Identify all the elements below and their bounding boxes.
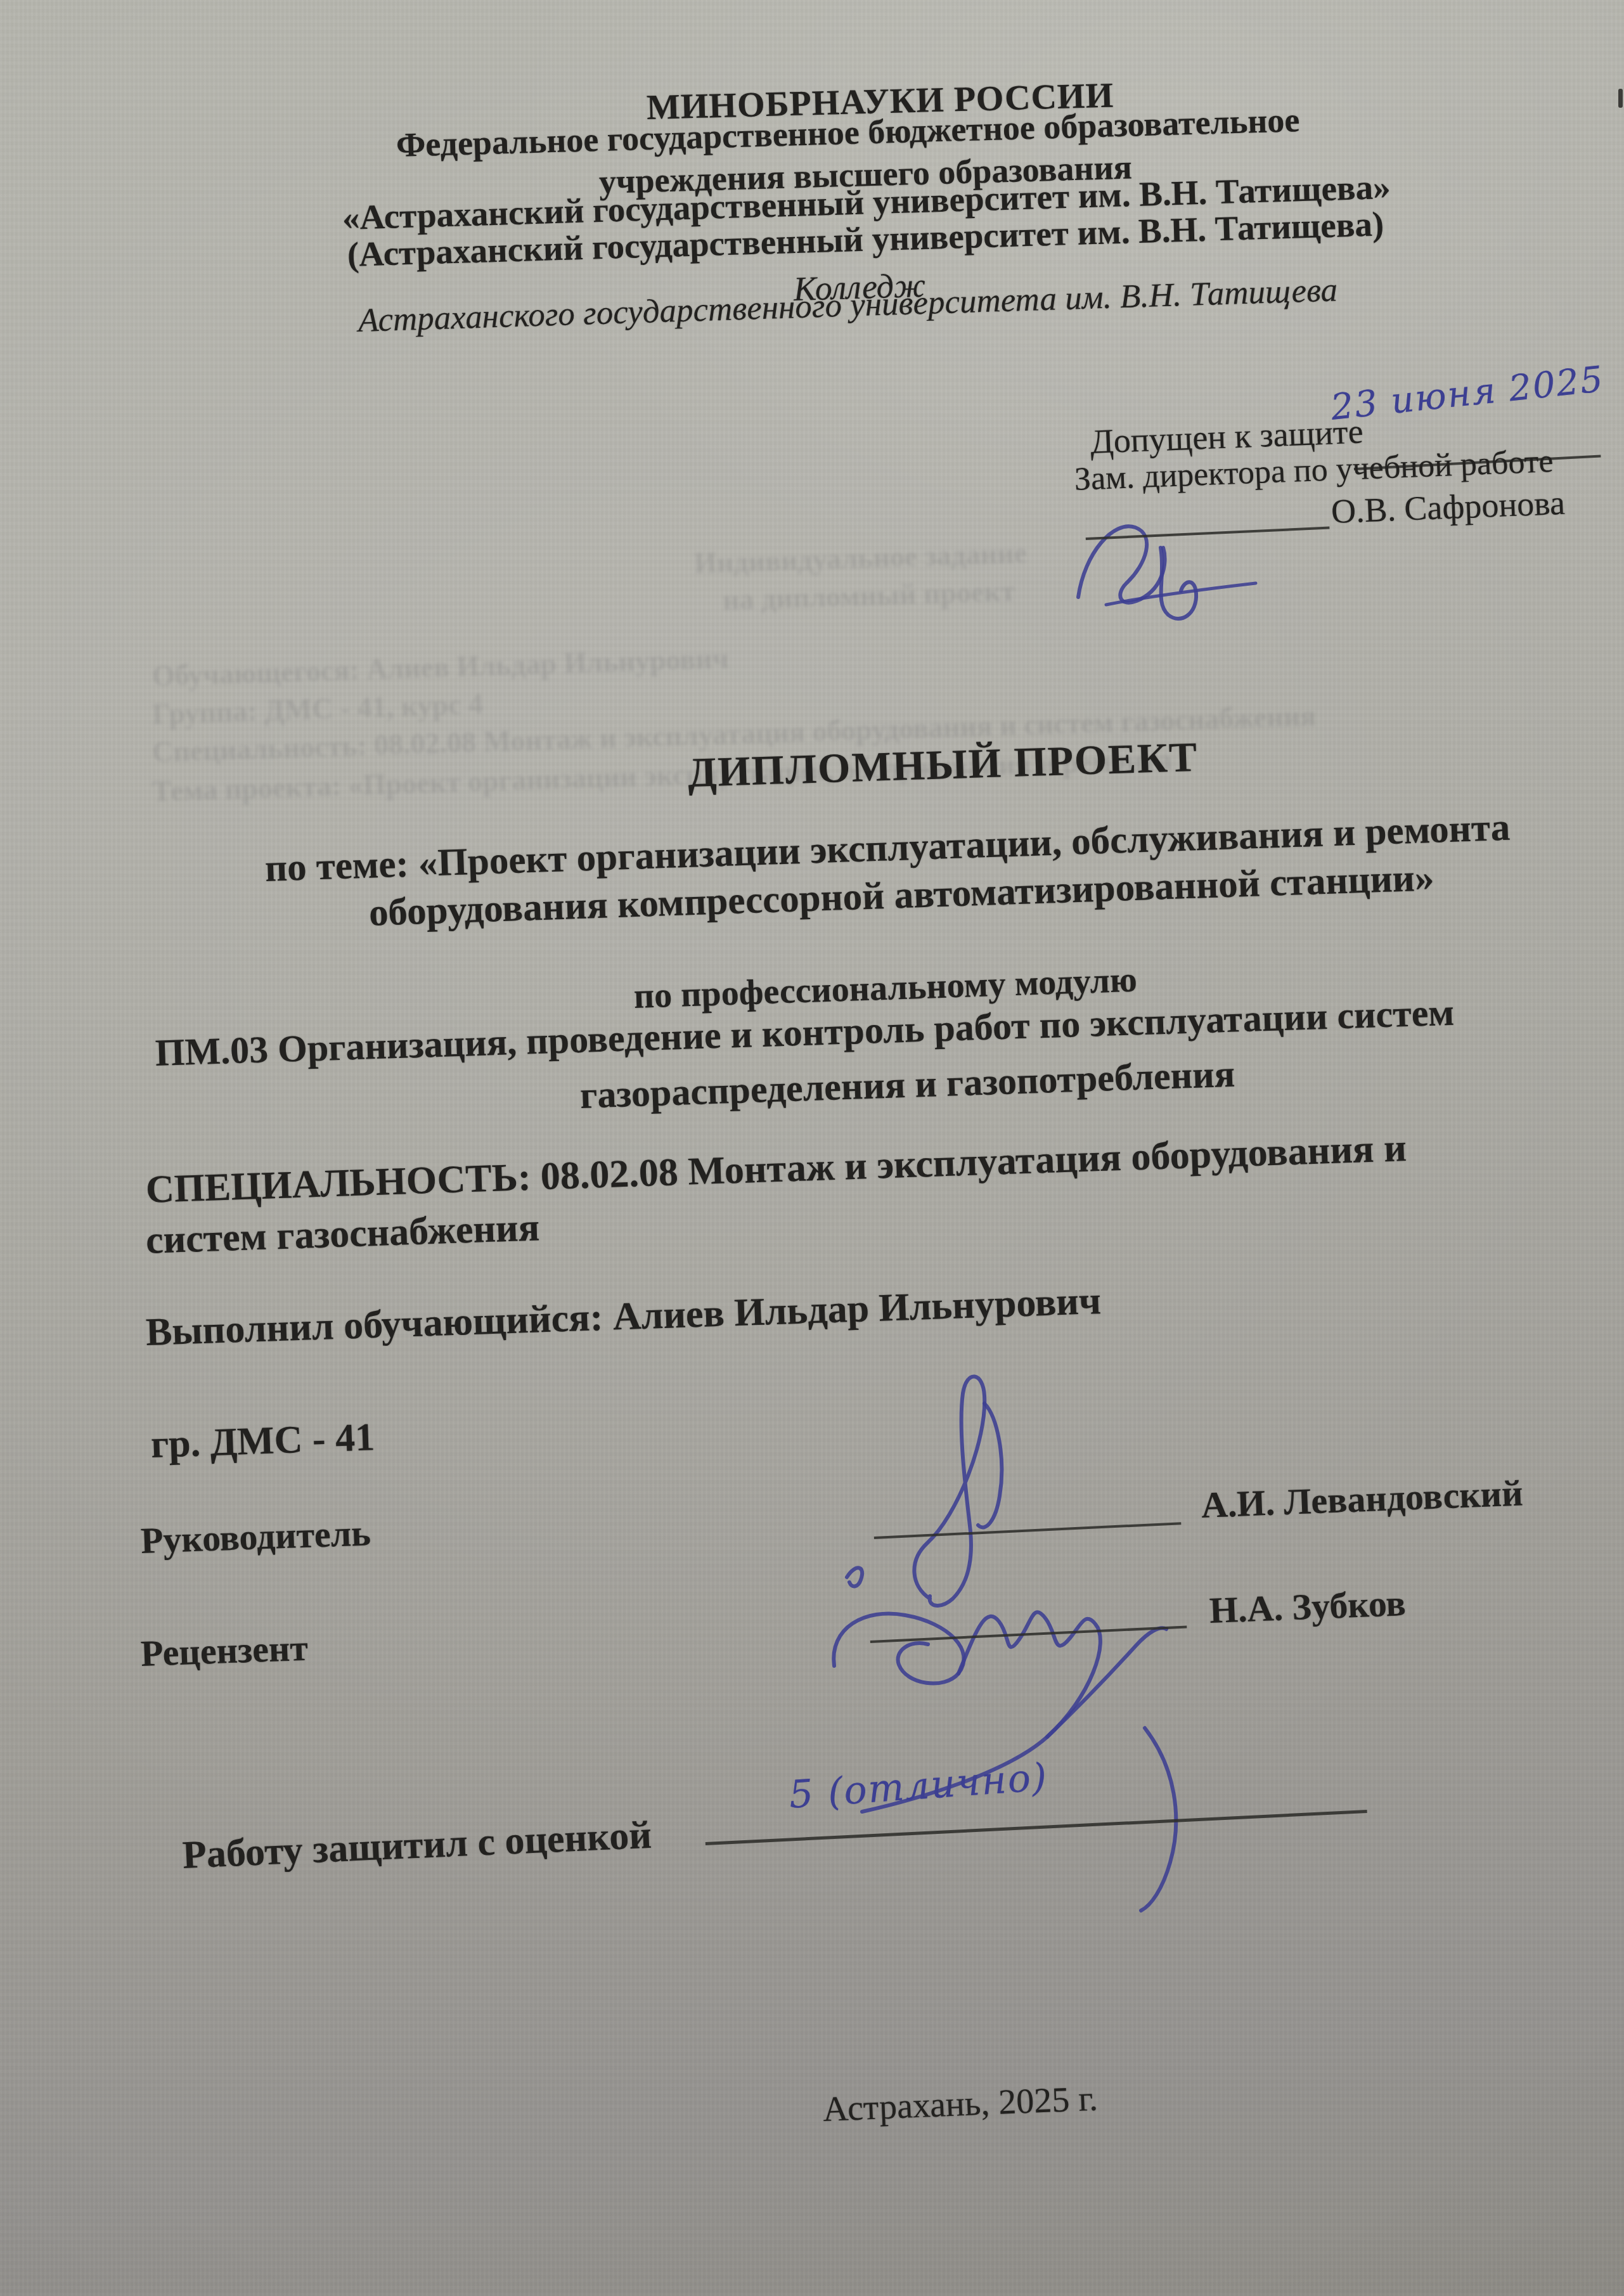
bleedthrough-line: на дипломный проект [722,574,1015,617]
deputy-director-name: О.В. Сафронова [1331,483,1566,531]
city-year-line: Астрахань, 2025 г. [822,2079,1099,2131]
supervisor-label: Руководитель [140,1512,371,1562]
bleedthrough-line: Группа: ДМС - 41, курс 4 [151,687,484,731]
photographed-title-page: { "document": { "ministry": "МИНОБРНАУКИ… [0,0,1624,2296]
supervisor-name: А.И. Левандовский [1201,1473,1524,1527]
specialty-line-1: СПЕЦИАЛЬНОСТЬ: 08.02.08 Монтаж и эксплуа… [145,1126,1407,1213]
defense-label: Работу защитил с оценкой [181,1813,652,1879]
reviewer-name: Н.А. Зубков [1209,1582,1407,1632]
module-line-2: газораспределения и газопотребления [579,1052,1235,1118]
admitted-date-handwriting: 23 июня 2025 [1329,359,1606,429]
group-line: гр. ДМС - 41 [150,1415,375,1467]
bleedthrough-line: Обучающегося: Алиев Ильдар Ильнурович [151,641,729,693]
specialty-line-2: систем газоснабжения [145,1205,541,1263]
paper-photo-background: Индивидуальное задание на дипломный прое… [0,0,1624,2296]
performed-by-line: Выполнил обучающийся: Алиев Ильдар Ильну… [145,1279,1102,1355]
photo-edge-mark [1618,89,1623,108]
bleedthrough-line: Индивидуальное задание [693,536,1028,580]
reviewer-label: Рецензент [140,1627,309,1675]
